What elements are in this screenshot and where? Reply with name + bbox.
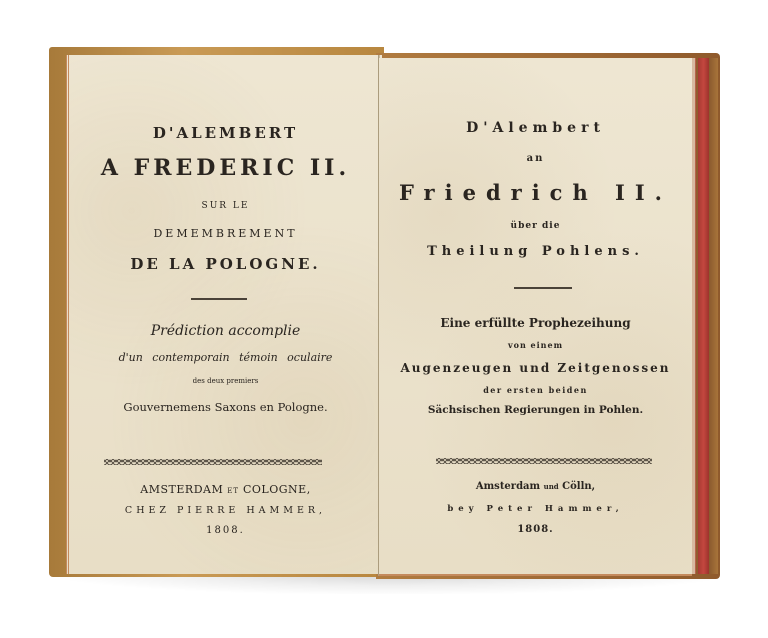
divider-rule (191, 298, 247, 300)
imprint-city-b: Cölln, (562, 481, 595, 492)
red-edge-strip (698, 58, 709, 574)
von-einem-line: von einem (379, 340, 692, 350)
subtitle: Theilung Pohlens. (379, 244, 692, 259)
right-title-page: D'Alembert an Friedrich II. über die The… (379, 58, 692, 576)
title: A FREDERIC II. (69, 155, 382, 181)
an-line: an (379, 153, 692, 164)
wavy-ornament-rule (104, 459, 322, 465)
augenzeugen-line: Augenzeugen und Zeitgenossen (379, 361, 692, 375)
subtitle-2: DE LA POLOGNE. (69, 255, 382, 273)
cover-edge-strip (709, 58, 718, 574)
imprint-und: und (544, 482, 559, 491)
wavy-ornament-rule (436, 458, 652, 464)
sur-le: SUR LE (69, 201, 382, 211)
gouvernemens-line: Gouvernemens Saxons en Pologne. (69, 400, 382, 414)
prophecy-line: Eine erfüllte Prophezeihung (379, 316, 692, 330)
uber-die: über die (379, 221, 692, 231)
imprint-et: ET (227, 487, 239, 495)
subtitle-1: DEMEMBREMENT (69, 227, 382, 240)
imprint-city: Amsterdam und Cölln, (379, 481, 692, 492)
prediction-line: Prédiction accomplie (69, 323, 382, 339)
imprint-city: AMSTERDAM ET COLOGNE, (69, 483, 382, 496)
year: 1808. (379, 524, 692, 535)
sachsischen-line: Sächsischen Regierungen in Pohlen. (379, 404, 692, 416)
imprint-city-a: Amsterdam (476, 481, 540, 492)
der-ersten-line: der ersten beiden (379, 385, 692, 395)
publisher: CHEZ PIERRE HAMMER, (69, 505, 382, 516)
author-line: D'Alembert (379, 120, 692, 136)
page-edge-line (695, 58, 696, 574)
title: Friedrich II. (379, 180, 692, 205)
contemporain-line: d'un contemporain témoin oculaire (69, 351, 382, 364)
imprint-city-a: AMSTERDAM (140, 483, 223, 496)
publisher: bey Peter Hammer, (379, 504, 692, 514)
imprint-city-b: COLOGNE, (243, 483, 311, 496)
author-line: D'ALEMBERT (69, 124, 382, 142)
year: 1808. (69, 525, 382, 536)
divider-rule (514, 287, 572, 289)
deux-premiers-line: des deux premiers (69, 377, 382, 385)
left-title-page: D'ALEMBERT A FREDERIC II. SUR LE DEMEMBR… (66, 55, 382, 574)
